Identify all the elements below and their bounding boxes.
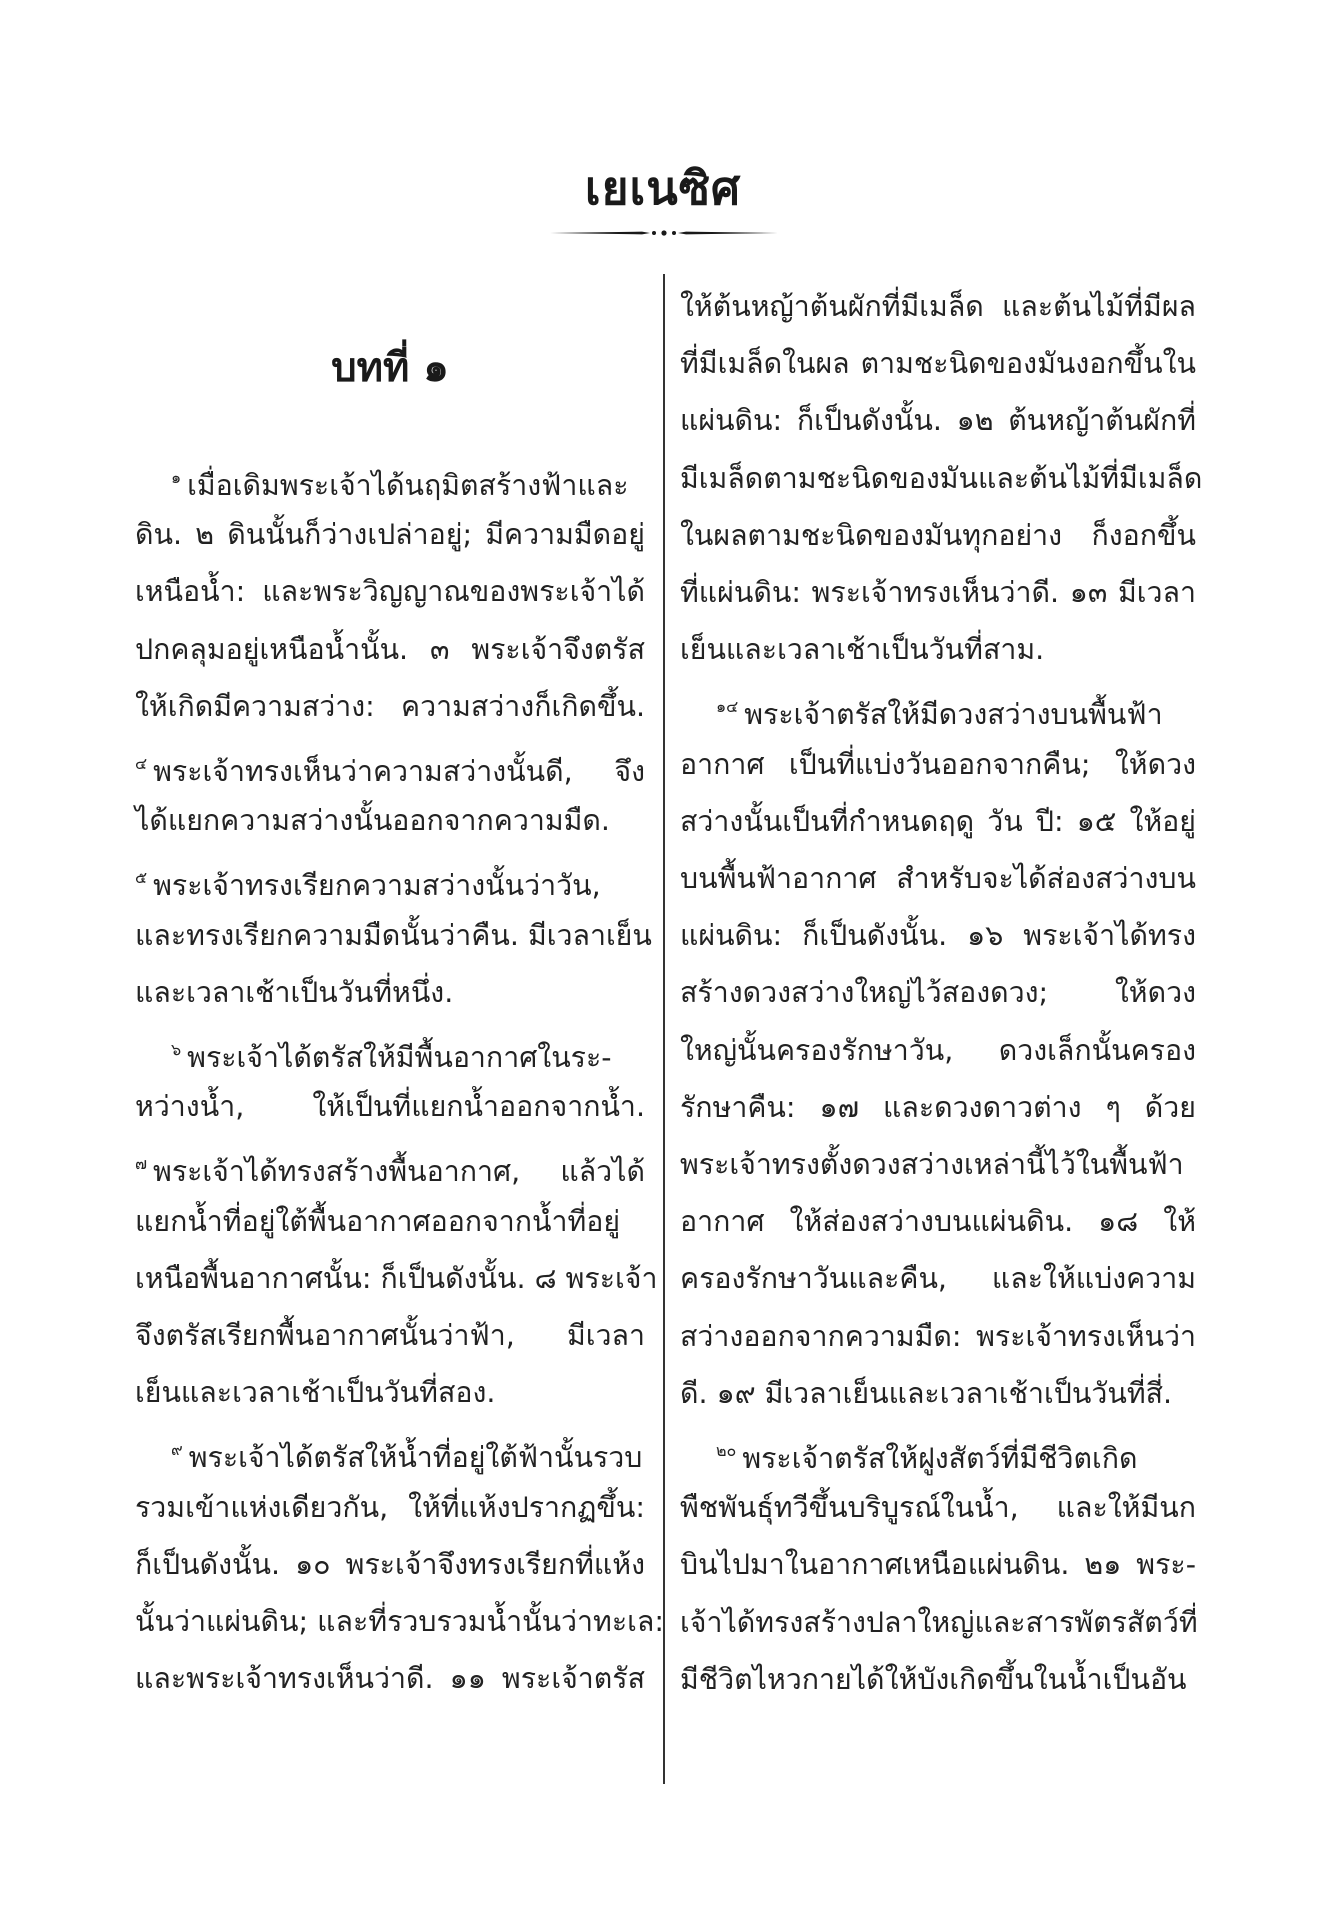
verse-text: สร้างดวงสว่างใหญ่ไว้สองดวง; ให้ดวง: [680, 976, 1196, 1009]
text-line: ๗พระเจ้าได้ทรงสร้างพื้นอากาศ, แล้วได้: [135, 1144, 645, 1184]
verse-text: เหนือน้ำ: และพระวิญญาณของพระเจ้าได้: [135, 575, 645, 608]
text-line: มีชีวิตไหวกายได้ให้บังเกิดขึ้นในน้ำเป็นอ…: [680, 1660, 1196, 1700]
verse-text: และทรงเรียกความมืดนั้นว่าคืน. มีเวลาเย็น: [135, 919, 652, 952]
text-line: ๑เมื่อเดิมพระเจ้าได้นฤมิตสร้างฟ้าและ: [135, 458, 645, 498]
text-line: รวมเข้าแห่งเดียวกัน, ให้ที่แห้งปรากฏขึ้น…: [135, 1488, 645, 1528]
verse-text: มีชีวิตไหวกายได้ให้บังเกิดขึ้นในน้ำเป็นอ…: [680, 1663, 1187, 1696]
verse-text: พระเจ้าได้ตรัสให้มีพื้นอากาศในระ-: [187, 1041, 611, 1074]
verse-text: ใหญ่นั้นครองรักษาวัน, ดวงเล็กนั้นครอง: [680, 1034, 1196, 1067]
text-line: ๑๔พระเจ้าตรัสให้มีดวงสว่างบนพื้นฟ้า: [680, 687, 1196, 727]
verse-text: เจ้าได้ทรงสร้างปลาใหญ่และสารพัตรสัตว์ที่: [680, 1606, 1198, 1639]
verse-number: ๒๐: [716, 1441, 736, 1460]
text-line: ๙พระเจ้าได้ตรัสให้น้ำที่อยู่ใต้ฟ้านั้นรว…: [135, 1430, 645, 1470]
verse-text: พระเจ้าได้ตรัสให้น้ำที่อยู่ใต้ฟ้านั้นรวบ: [189, 1441, 643, 1474]
text-line: พระเจ้าทรงตั้งดวงสว่างเหล่านี้ไว้ในพื้นฟ…: [680, 1145, 1196, 1185]
verse-text: ครองรักษาวันและคืน, และให้แบ่งความ: [680, 1262, 1196, 1295]
verse-text: สว่างนั้นเป็นที่กำหนดฤดู วัน ปี: ๑๕ ให้อ…: [680, 805, 1196, 838]
verse-text: เย็นและเวลาเช้าเป็นวันที่สาม.: [680, 633, 1044, 666]
verse-text: ให้เกิดมีความสว่าง: ความสว่างก็เกิดขึ้น.: [135, 690, 645, 723]
text-line: ให้เกิดมีความสว่าง: ความสว่างก็เกิดขึ้น.: [135, 687, 645, 727]
verse-text: แยกน้ำที่อยู่ใต้พื้นอากาศออกจากน้ำที่อยู…: [135, 1205, 620, 1238]
verse-text: เมื่อเดิมพระเจ้าได้นฤมิตสร้างฟ้าและ: [187, 469, 628, 502]
verse-number: ๑๔: [716, 697, 738, 716]
verse-text: บินไปมาในอากาศเหนือแผ่นดิน. ๒๑ พระ-: [680, 1548, 1196, 1581]
verse-text: อากาศ เป็นที่แบ่งวันออกจากคืน; ให้ดวง: [680, 748, 1196, 781]
text-line: แผ่นดิน: ก็เป็นดังนั้น. ๑๖ พระเจ้าได้ทรง: [680, 916, 1196, 956]
text-line: ได้แยกความสว่างนั้นออกจากความมืด.: [135, 801, 645, 841]
text-line: แผ่นดิน: ก็เป็นดังนั้น. ๑๒ ต้นหญ้าต้นผัก…: [680, 401, 1196, 441]
verse-text: พืชพันธุ์ทวีขึ้นบริบูรณ์ในน้ำ, และให้มีน…: [680, 1491, 1196, 1524]
verse-text: ก็เป็นดังนั้น. ๑๐ พระเจ้าจึงทรงเรียกที่แ…: [135, 1548, 645, 1581]
text-line: ๒๐พระเจ้าตรัสให้ฝูงสัตว์ที่มีชีวิตเกิด: [680, 1431, 1196, 1471]
text-line: เหนือน้ำ: และพระวิญญาณของพระเจ้าได้: [135, 572, 645, 612]
text-line: และทรงเรียกความมืดนั้นว่าคืน. มีเวลาเย็น: [135, 916, 645, 956]
chapter-heading: บทที่ ๑: [135, 340, 645, 396]
text-line: มีเมล็ดตามชะนิดของมันและต้นไม้ที่มีเมล็ด: [680, 459, 1196, 499]
text-line: หว่างน้ำ, ให้เป็นที่แยกน้ำออกจากน้ำ.: [135, 1087, 645, 1127]
text-line: บนพื้นฟ้าอากาศ สำหรับจะได้ส่องสว่างบน: [680, 859, 1196, 899]
text-line: เย็นและเวลาเช้าเป็นวันที่สอง.: [135, 1373, 645, 1413]
text-line: ก็เป็นดังนั้น. ๑๐ พระเจ้าจึงทรงเรียกที่แ…: [135, 1545, 645, 1585]
verse-text: จึงตรัสเรียกพื้นอากาศนั้นว่าฟ้า, มีเวลา: [135, 1319, 645, 1352]
text-line: ใหญ่นั้นครองรักษาวัน, ดวงเล็กนั้นครอง: [680, 1031, 1196, 1071]
text-line: ครองรักษาวันและคืน, และให้แบ่งความ: [680, 1259, 1196, 1299]
verse-text: ปกคลุมอยู่เหนือน้ำนั้น. ๓ พระเจ้าจึงตรัส: [135, 633, 645, 666]
text-line: ๕พระเจ้าทรงเรียกความสว่างนั้นว่าวัน,: [135, 858, 645, 898]
book-title: เยเนซิศ: [0, 158, 1326, 218]
title-ornament-icon: [550, 226, 778, 240]
text-line: ที่มีเมล็ดในผล ตามชะนิดของมันงอกขึ้นใน: [680, 344, 1196, 384]
verse-text: ในผลตามชะนิดของมันทุกอย่าง ก็งอกขึ้น: [680, 519, 1196, 552]
text-line: ๖พระเจ้าได้ตรัสให้มีพื้นอากาศในระ-: [135, 1030, 645, 1070]
verse-text: มีเมล็ดตามชะนิดของมันและต้นไม้ที่มีเมล็ด: [680, 462, 1202, 495]
verse-text: ได้แยกความสว่างนั้นออกจากความมืด.: [135, 804, 610, 837]
text-line: ให้ต้นหญ้าต้นผักที่มีเมล็ด และต้นไม้ที่ม…: [680, 287, 1196, 327]
text-line: ดิน. ๒ ดินนั้นก็ว่างเปล่าอยู่; มีความมืด…: [135, 515, 645, 555]
text-line: ที่แผ่นดิน: พระเจ้าทรงเห็นว่าดี. ๑๓ มีเว…: [680, 573, 1196, 613]
verse-text: พระเจ้าทรงเห็นว่าความสว่างนั้นดี, จึง: [153, 755, 645, 788]
text-line: เย็นและเวลาเช้าเป็นวันที่สาม.: [680, 630, 1196, 670]
text-line: นั้นว่าแผ่นดิน; และที่รวบรวมน้ำนั้นว่าทะ…: [135, 1602, 645, 1642]
text-line: อากาศ เป็นที่แบ่งวันออกจากคืน; ให้ดวง: [680, 745, 1196, 785]
text-line: สว่างนั้นเป็นที่กำหนดฤดู วัน ปี: ๑๕ ให้อ…: [680, 802, 1196, 842]
column-divider: [663, 274, 665, 1784]
verse-text: พระเจ้าทรงเรียกความสว่างนั้นว่าวัน,: [153, 869, 601, 902]
text-line: จึงตรัสเรียกพื้นอากาศนั้นว่าฟ้า, มีเวลา: [135, 1316, 645, 1356]
verse-text: และพระเจ้าทรงเห็นว่าดี. ๑๑ พระเจ้าตรัส: [135, 1662, 645, 1695]
verse-text: หว่างน้ำ, ให้เป็นที่แยกน้ำออกจากน้ำ.: [135, 1090, 645, 1123]
text-line: และพระเจ้าทรงเห็นว่าดี. ๑๑ พระเจ้าตรัส: [135, 1659, 645, 1699]
verse-text: ดี. ๑๙ มีเวลาเย็นและเวลาเช้าเป็นวันที่สี…: [680, 1377, 1172, 1410]
verse-number: ๔: [135, 754, 147, 773]
verse-text: อากาศ ให้ส่องสว่างบนแผ่นดิน. ๑๘ ให้: [680, 1205, 1196, 1238]
verse-text: บนพื้นฟ้าอากาศ สำหรับจะได้ส่องสว่างบน: [680, 862, 1196, 895]
verse-number: ๖: [171, 1040, 181, 1059]
text-line: และเวลาเช้าเป็นวันที่หนึ่ง.: [135, 973, 645, 1013]
verse-text: รักษาคืน: ๑๗ และดวงดาวต่าง ๆ ด้วย: [680, 1091, 1196, 1124]
verse-text: ดิน. ๒ ดินนั้นก็ว่างเปล่าอยู่; มีความมืด…: [135, 518, 645, 551]
verse-text: เย็นและเวลาเช้าเป็นวันที่สอง.: [135, 1376, 495, 1409]
verse-text: รวมเข้าแห่งเดียวกัน, ให้ที่แห้งปรากฏขึ้น…: [135, 1491, 645, 1524]
verse-number: ๕: [135, 868, 147, 887]
verse-text: แผ่นดิน: ก็เป็นดังนั้น. ๑๖ พระเจ้าได้ทรง: [680, 919, 1196, 952]
verse-text: แผ่นดิน: ก็เป็นดังนั้น. ๑๒ ต้นหญ้าต้นผัก…: [680, 404, 1196, 437]
verse-text: และเวลาเช้าเป็นวันที่หนึ่ง.: [135, 976, 453, 1009]
verse-text: พระเจ้าตรัสให้มีดวงสว่างบนพื้นฟ้า: [744, 698, 1162, 731]
text-line: ๔พระเจ้าทรงเห็นว่าความสว่างนั้นดี, จึง: [135, 744, 645, 784]
verse-text: เหนือพื้นอากาศนั้น: ก็เป็นดังนั้น. ๘ พระ…: [135, 1262, 657, 1295]
text-line: แยกน้ำที่อยู่ใต้พื้นอากาศออกจากน้ำที่อยู…: [135, 1202, 645, 1242]
verse-text: พระเจ้าทรงตั้งดวงสว่างเหล่านี้ไว้ในพื้นฟ…: [680, 1148, 1184, 1181]
verse-text: สว่างออกจากความมืด: พระเจ้าทรงเห็นว่า: [680, 1320, 1196, 1353]
text-line: เหนือพื้นอากาศนั้น: ก็เป็นดังนั้น. ๘ พระ…: [135, 1259, 645, 1299]
verse-number: ๙: [171, 1440, 183, 1459]
text-line: ปกคลุมอยู่เหนือน้ำนั้น. ๓ พระเจ้าจึงตรัส: [135, 630, 645, 670]
verse-text: นั้นว่าแผ่นดิน; และที่รวบรวมน้ำนั้นว่าทะ…: [135, 1605, 664, 1638]
text-line: พืชพันธุ์ทวีขึ้นบริบูรณ์ในน้ำ, และให้มีน…: [680, 1488, 1196, 1528]
verse-text: ที่แผ่นดิน: พระเจ้าทรงเห็นว่าดี. ๑๓ มีเว…: [680, 576, 1196, 609]
verse-text: ให้ต้นหญ้าต้นผักที่มีเมล็ด และต้นไม้ที่ม…: [680, 290, 1196, 323]
text-line: สว่างออกจากความมืด: พระเจ้าทรงเห็นว่า: [680, 1317, 1196, 1357]
verse-number: ๑: [171, 468, 181, 487]
text-line: บินไปมาในอากาศเหนือแผ่นดิน. ๒๑ พระ-: [680, 1545, 1196, 1585]
verse-text: ที่มีเมล็ดในผล ตามชะนิดของมันงอกขึ้นใน: [680, 347, 1196, 380]
text-line: สร้างดวงสว่างใหญ่ไว้สองดวง; ให้ดวง: [680, 973, 1196, 1013]
text-line: รักษาคืน: ๑๗ และดวงดาวต่าง ๆ ด้วย: [680, 1088, 1196, 1128]
verse-text: พระเจ้าได้ทรงสร้างพื้นอากาศ, แล้วได้: [153, 1155, 645, 1188]
verse-text: พระเจ้าตรัสให้ฝูงสัตว์ที่มีชีวิตเกิด: [742, 1442, 1137, 1475]
text-line: เจ้าได้ทรงสร้างปลาใหญ่และสารพัตรสัตว์ที่: [680, 1603, 1196, 1643]
text-line: ดี. ๑๙ มีเวลาเย็นและเวลาเช้าเป็นวันที่สี…: [680, 1374, 1196, 1414]
text-line: ในผลตามชะนิดของมันทุกอย่าง ก็งอกขึ้น: [680, 516, 1196, 556]
verse-number: ๗: [135, 1154, 147, 1173]
text-line: อากาศ ให้ส่องสว่างบนแผ่นดิน. ๑๘ ให้: [680, 1202, 1196, 1242]
